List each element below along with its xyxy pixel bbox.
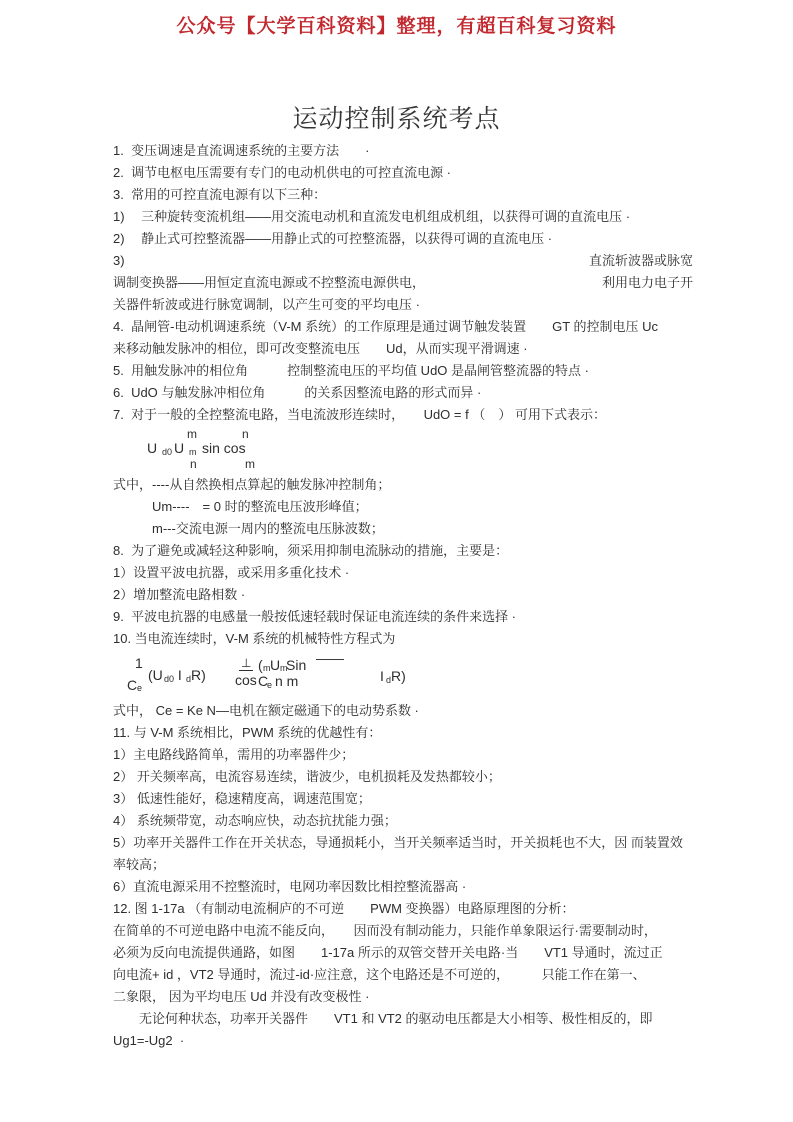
text-line-left: Um---- = 0 时的整流电压波形峰值； bbox=[113, 496, 368, 518]
formula-term: R) bbox=[191, 668, 206, 682]
text-line: 调制变换器——用恒定直流电源或不控整流电源供电，利用电力电子开 bbox=[113, 272, 693, 294]
text-line: 6）直流电源采用不控整流时，电网功率因数比相控整流器高 · bbox=[113, 876, 693, 898]
text-line: 在简单的不可逆电路中电流不能反向， 因而没有制动能力，只能作单象限运行·需要制动… bbox=[113, 920, 693, 942]
text-line-left: 4） 系统频带宽，动态响应快，动态抗扰能力强； bbox=[113, 810, 397, 832]
text-line: 率较高； bbox=[113, 854, 693, 876]
text-line-left: 3. 常用的可控直流电源有以下三种： bbox=[113, 184, 326, 206]
formula-denominator: cos bbox=[235, 673, 257, 687]
text-line: Ug1=-Ug2 · bbox=[113, 1030, 693, 1052]
text-line: 1. 变压调速是直流调速系统的主要方法 · bbox=[113, 140, 693, 162]
text-line: 向电流+ id ，VT2 导通时，流过-id·应注意，这个电路还是不可逆的， 只… bbox=[113, 964, 693, 986]
formula-denominator: n bbox=[190, 458, 197, 470]
formula-subscript: d0 bbox=[162, 448, 172, 457]
formula-trig: sin cos bbox=[202, 441, 246, 455]
document-page: 公众号【大学百科资料】整理，有超百科复习资料 运动控制系统考点 1. 变压调速是… bbox=[0, 0, 793, 1122]
text-line-left: 2) 静止式可控整流器——用静止式的可控整流器，以获得可调的直流电压 · bbox=[113, 228, 552, 250]
text-line-right: 直流斩波器或脉宽 bbox=[589, 250, 693, 272]
formula-subscript: d0 bbox=[164, 675, 174, 684]
text-line-left: 二象限， 因为平均电压 Ud 并没有改变极性 · bbox=[113, 986, 369, 1008]
text-line: Um---- = 0 时的整流电压波形峰值； bbox=[113, 496, 693, 518]
text-line-left: 无论何种状态，功率开关器件 VT1 和 VT2 的驱动电压都是大小相等、极性相反… bbox=[113, 1008, 653, 1030]
formula-subscript: e bbox=[137, 684, 142, 693]
text-line-left: 6. UdO 与触发脉冲相位角 的关系因整流电路的形式而异 · bbox=[113, 382, 481, 404]
text-line: 式中， Ce = Ke N—电机在额定磁通下的电动势系数 · bbox=[113, 700, 693, 722]
formula-denominator: C bbox=[127, 678, 137, 692]
text-line-left: Ug1=-Ug2 · bbox=[113, 1030, 184, 1052]
header-banner: 公众号【大学百科资料】整理，有超百科复习资料 bbox=[0, 0, 793, 40]
formula-mechanical-characteristic: 1 C e (U d0 I d R) ⊥ cos ( m U m Sin —— … bbox=[113, 652, 683, 698]
text-line-left: 3） 低速性能好，稳速精度高，调速范围宽； bbox=[113, 788, 371, 810]
text-line-left: 式中，----从自然换相点算起的触发脉冲控制角； bbox=[113, 474, 390, 496]
text-line-left: 10. 当电流连续时，V-M 系统的机械特性方程式为 bbox=[113, 628, 395, 650]
text-line: 3)直流斩波器或脉宽 bbox=[113, 250, 693, 272]
formula-term: U bbox=[270, 658, 280, 672]
text-line-left: 5）功率开关器件工作在开关状态，导通损耗小，当开关频率适当时，开关损耗也不大，因… bbox=[113, 832, 683, 854]
text-line-left: m---交流电源一周内的整流电压脉波数； bbox=[113, 518, 384, 540]
formula-paren: ( bbox=[258, 658, 263, 672]
text-line: 10. 当电流连续时，V-M 系统的机械特性方程式为 bbox=[113, 628, 693, 650]
text-line: 6. UdO 与触发脉冲相位角 的关系因整流电路的形式而异 · bbox=[113, 382, 693, 404]
text-line: 1）主电路线路简单，需用的功率器件少； bbox=[113, 744, 693, 766]
text-line-left: 1) 三种旋转变流机组——用交流电动机和直流发电机组成机组，以获得可调的直流电压… bbox=[113, 206, 630, 228]
text-line: 来移动触发脉冲的相位，即可改变整流电压 Ud，从而实现平滑调速 · bbox=[113, 338, 693, 360]
text-line: 二象限， 因为平均电压 Ud 并没有改变极性 · bbox=[113, 986, 693, 1008]
text-line: 12. 图 1-17a （有制动电流桐庐的不可逆 PWM 变换器）电路原理图的分… bbox=[113, 898, 693, 920]
text-line-left: 1）设置平波电抗器，或采用多重化技术 · bbox=[113, 562, 349, 584]
formula-udo-equation: U d0 U m m n sin cos n m bbox=[113, 428, 683, 472]
text-line: 8. 为了避免或减轻这种影响，须采用抑制电流脉动的措施，主要是： bbox=[113, 540, 693, 562]
text-line-left: 4. 晶闸管-电动机调速系统（V-M 系统）的工作原理是通过调节触发装置 GT … bbox=[113, 316, 658, 338]
formula-term: Sin bbox=[286, 658, 306, 672]
text-line-left: 2） 开关频率高，电流容易连续，谐波少，电机损耗及发热都较小； bbox=[113, 766, 501, 788]
formula-numerator: ⊥ bbox=[239, 657, 253, 671]
text-line-left: 调制变换器——用恒定直流电源或不控整流电源供电， bbox=[113, 272, 425, 294]
text-line: m---交流电源一周内的整流电压脉波数； bbox=[113, 518, 693, 540]
text-line-left: 1）主电路线路简单，需用的功率器件少； bbox=[113, 744, 354, 766]
text-line-right: 利用电力电子开 bbox=[602, 272, 693, 294]
text-line-left: 来移动触发脉冲的相位，即可改变整流电压 Ud，从而实现平滑调速 · bbox=[113, 338, 528, 360]
formula-term: U bbox=[147, 441, 157, 455]
text-line: 必须为反向电流提供通路，如图 1-17a 所示的双管交替开关电路·当 VT1 导… bbox=[113, 942, 693, 964]
text-line-left: 11. 与 V-M 系统相比，PWM 系统的优越性有： bbox=[113, 722, 381, 744]
text-line: 1）设置平波电抗器，或采用多重化技术 · bbox=[113, 562, 693, 584]
text-line: 式中，----从自然换相点算起的触发脉冲控制角； bbox=[113, 474, 693, 496]
text-line-left: 1. 变压调速是直流调速系统的主要方法 · bbox=[113, 140, 369, 162]
text-line: 4. 晶闸管-电动机调速系统（V-M 系统）的工作原理是通过调节触发装置 GT … bbox=[113, 316, 693, 338]
text-line: 2. 调节电枢电压需要有专门的电动机供电的可控直流电源 · bbox=[113, 162, 693, 184]
formula-term: U bbox=[174, 441, 184, 455]
text-line: 5. 用触发脉冲的相位角 控制整流电压的平均值 UdO 是晶闸管整流器的特点 · bbox=[113, 360, 693, 382]
text-line: 2）增加整流电路相数 · bbox=[113, 584, 693, 606]
text-line: 1) 三种旋转变流机组——用交流电动机和直流发电机组成机组，以获得可调的直流电压… bbox=[113, 206, 693, 228]
text-line-left: 6）直流电源采用不控整流时，电网功率因数比相控整流器高 · bbox=[113, 876, 466, 898]
body-lines: 1. 变压调速是直流调速系统的主要方法 ·2. 调节电枢电压需要有专门的电动机供… bbox=[113, 140, 693, 1052]
text-line-left: 3) bbox=[113, 250, 125, 272]
formula-subscript: m bbox=[189, 448, 197, 457]
formula-subscript: e bbox=[267, 681, 272, 690]
text-line-left: 式中， Ce = Ke N—电机在额定磁通下的电动势系数 · bbox=[113, 700, 419, 722]
text-line-left: 8. 为了避免或减轻这种影响，须采用抑制电流脉动的措施，主要是： bbox=[113, 540, 508, 562]
text-line-left: 2）增加整流电路相数 · bbox=[113, 584, 245, 606]
text-line-left: 关器件斩波或进行脉宽调制，以产生可变的平均电压 · bbox=[113, 294, 420, 316]
text-line: 7. 对于一般的全控整流电路，当电流波形连续时， UdO = f （ ） 可用下… bbox=[113, 404, 693, 426]
text-line-left: 2. 调节电枢电压需要有专门的电动机供电的可控直流电源 · bbox=[113, 162, 451, 184]
formula-term: R) bbox=[391, 669, 406, 683]
formula-denominator: m bbox=[245, 458, 255, 470]
text-line: 2） 开关频率高，电流容易连续，谐波少，电机损耗及发热都较小； bbox=[113, 766, 693, 788]
text-line: 3. 常用的可控直流电源有以下三种： bbox=[113, 184, 693, 206]
text-line: 11. 与 V-M 系统相比，PWM 系统的优越性有： bbox=[113, 722, 693, 744]
text-line: 9. 平波电抗器的电感量一般按低速轻载时保证电流连续的条件来选择 · bbox=[113, 606, 693, 628]
text-line: 无论何种状态，功率开关器件 VT1 和 VT2 的驱动电压都是大小相等、极性相反… bbox=[113, 1008, 693, 1030]
text-line: 5）功率开关器件工作在开关状态，导通损耗小，当开关频率适当时，开关损耗也不大，因… bbox=[113, 832, 693, 854]
formula-numerator: m bbox=[187, 428, 197, 440]
text-line-left: 率较高； bbox=[113, 854, 165, 876]
text-line-left: 在简单的不可逆电路中电流不能反向， 因而没有制动能力，只能作单象限运行·需要制动… bbox=[113, 920, 657, 942]
formula-term: n m bbox=[275, 674, 298, 688]
text-line-left: 7. 对于一般的全控整流电路，当电流波形连续时， UdO = f （ ） 可用下… bbox=[113, 404, 606, 426]
formula-term: I bbox=[380, 669, 384, 683]
formula-overbar: —— bbox=[316, 651, 344, 665]
text-line: 4） 系统频带宽，动态响应快，动态抗扰能力强； bbox=[113, 810, 693, 832]
formula-term: (U bbox=[148, 668, 163, 682]
text-line: 关器件斩波或进行脉宽调制，以产生可变的平均电压 · bbox=[113, 294, 693, 316]
text-line-left: 必须为反向电流提供通路，如图 1-17a 所示的双管交替开关电路·当 VT1 导… bbox=[113, 942, 663, 964]
text-line-left: 5. 用触发脉冲的相位角 控制整流电压的平均值 UdO 是晶闸管整流器的特点 · bbox=[113, 360, 589, 382]
formula-numerator: n bbox=[242, 428, 249, 440]
text-line-left: 9. 平波电抗器的电感量一般按低速轻载时保证电流连续的条件来选择 · bbox=[113, 606, 516, 628]
text-line: 3） 低速性能好，稳速精度高，调速范围宽； bbox=[113, 788, 693, 810]
text-line-left: 12. 图 1-17a （有制动电流桐庐的不可逆 PWM 变换器）电路原理图的分… bbox=[113, 898, 575, 920]
page-title: 运动控制系统考点 bbox=[0, 103, 793, 135]
text-line-left: 向电流+ id ，VT2 导通时，流过-id·应注意，这个电路还是不可逆的， 只… bbox=[113, 964, 646, 986]
formula-numerator: 1 bbox=[135, 656, 143, 670]
text-line: 2) 静止式可控整流器——用静止式的可控整流器，以获得可调的直流电压 · bbox=[113, 228, 693, 250]
formula-term: I bbox=[174, 668, 182, 682]
